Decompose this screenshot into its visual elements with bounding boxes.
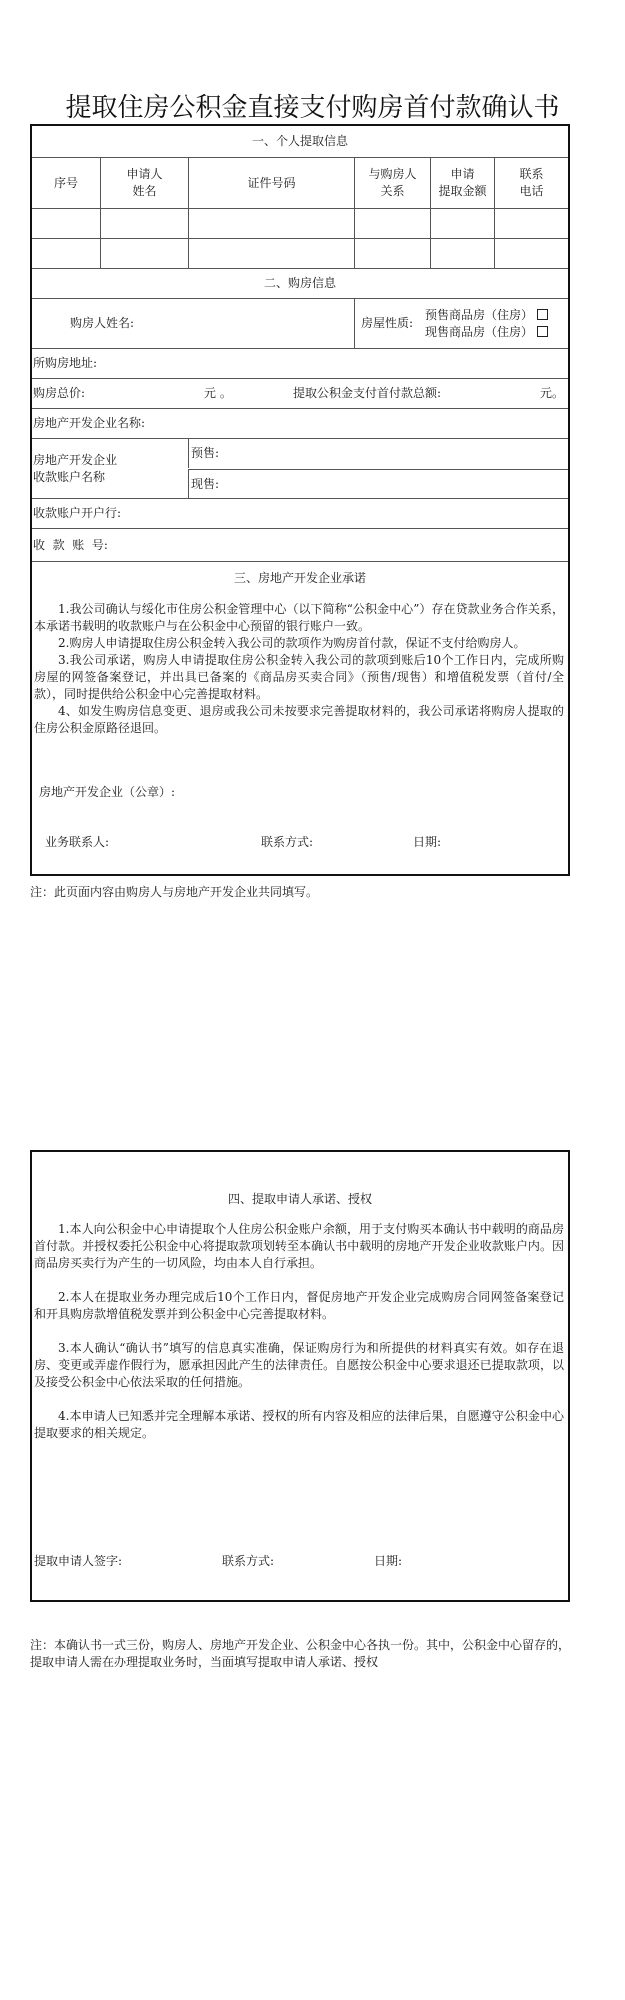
seal-label[interactable]: 房地产开发企业（公章）: [39,783,175,800]
account-no-label[interactable]: 收 款 账 号: [33,529,568,561]
commitment-item: 3.我公司承诺，购房人申请提取住房公积金转入我公司的款项到账后10个工作日内，完… [34,652,564,703]
account-name-label: 房地产开发企业 收款账户名称 [33,439,188,498]
cell-phone[interactable] [494,239,568,268]
section2-heading: 二、购房信息 [32,269,568,298]
buyer-name-label: 购房人姓名: [70,299,354,348]
buyer-row: 购房人姓名: 房屋性质: 预售商品房（住房） 现售商品房（住房） [32,298,568,348]
option-current-sale-label: 现售商品房（住房） [425,325,533,339]
cell-amount[interactable] [430,239,494,268]
account-name-row: 房地产开发企业 收款账户名称 预售: 现售: [32,438,568,498]
col-header-applicant-name: 申请人 姓名 [100,158,188,208]
withdraw-total-label[interactable]: 提取公积金支付首付款总额: [293,379,493,408]
section1-heading: 一、个人提取信息 [32,126,568,157]
cell-relation[interactable] [354,239,430,268]
section3: 三、房地产开发企业承诺 1.我公司确认与绥化市住房公积金管理中心（以下简称“公积… [32,561,568,874]
cell-amount[interactable] [430,209,494,238]
col-header-amount: 申请 提取金额 [430,158,494,208]
withdraw-total-unit: 元。 [540,379,570,408]
section2-heading-row: 二、购房信息 [32,268,568,298]
authorization-item: 2.本人在提取业务办理完成后10个工作日内，督促房地产开发企业完成购房合同网签备… [34,1289,564,1323]
section3-commitments: 1.我公司确认与绥化市住房公积金管理中心（以下简称“公积金中心”）存在贷款业务合… [34,601,564,737]
price-row: 购房总价: 元 。 提取公积金支付首付款总额: 元。 [32,378,568,408]
section1-header-row: 序号 申请人 姓名 证件号码 与购房人 关系 申请 提取金额 联系 电话 [32,157,568,208]
cell-applicant-name[interactable] [100,209,188,238]
contact-method-label[interactable]: 联系方式: [261,833,313,850]
commitment-item: 1.我公司确认与绥化市住房公积金管理中心（以下简称“公积金中心”）存在贷款业务合… [34,601,564,635]
cell-id-number[interactable] [188,239,354,268]
developer-name-row: 房地产开发企业名称: [32,408,568,438]
contact-method-label[interactable]: 联系方式: [222,1552,274,1569]
address-row: 所购房地址: [32,348,568,378]
col-header-id-number: 证件号码 [188,158,354,208]
bank-row: 收款账户开户行: [32,498,568,528]
cell-index[interactable] [32,239,100,268]
total-price-unit: 元 。 [204,379,244,408]
option-current-sale[interactable]: 现售商品房（住房） [425,324,548,341]
commitment-item: 2.购房人申请提取住房公积金转入我公司的款项作为购房首付款，保证不支付给购房人。 [34,635,564,652]
table-row [32,208,568,238]
developer-name-label[interactable]: 房地产开发企业名称: [33,409,568,438]
bank-label[interactable]: 收款账户开户行: [33,499,568,528]
checkbox-icon[interactable] [537,309,548,320]
presale-account[interactable]: 预售: [188,439,568,468]
authorization-item: 3.本人确认“确认书”填写的信息真实准确，保证购房行为和所提供的材料真实有效。如… [34,1340,564,1391]
option-presale-label: 预售商品房（住房） [425,308,533,322]
date-label[interactable]: 日期: [374,1552,402,1569]
option-presale[interactable]: 预售商品房（住房） [425,307,548,324]
note-page1: 注：此页面内容由购房人与房地产开发企业共同填写。 [30,884,575,901]
note-page2: 注：本确认书一式三份，购房人、房地产开发企业、公积金中心各执一份。其中，公积金中… [30,1637,570,1671]
date-label[interactable]: 日期: [413,833,441,850]
cell-id-number[interactable] [188,209,354,238]
house-type-label: 房屋性质: [361,315,419,332]
col-header-index: 序号 [32,158,100,208]
contact-person-label[interactable]: 业务联系人: [45,833,109,850]
cell-phone[interactable] [494,209,568,238]
checkbox-icon[interactable] [537,326,548,337]
col-header-phone: 联系 电话 [494,158,568,208]
current-sale-account[interactable]: 现售: [188,469,568,498]
signature-label[interactable]: 提取申请人签字: [34,1552,122,1569]
cell-index[interactable] [32,209,100,238]
section1-heading-row: 一、个人提取信息 [32,126,568,157]
section3-heading: 三、房地产开发企业承诺 [32,568,568,588]
house-type-field: 房屋性质: 预售商品房（住房） 现售商品房（住房） [354,299,568,348]
form-main: 一、个人提取信息 序号 申请人 姓名 证件号码 与购房人 关系 申请 提取金额 … [30,124,570,876]
cell-applicant-name[interactable] [100,239,188,268]
section4-commitments: 1.本人向公积金中心申请提取个人住房公积金账户余额，用于支付购买本确认书中载明的… [34,1221,564,1442]
address-label[interactable]: 所购房地址: [33,349,568,378]
cell-relation[interactable] [354,209,430,238]
document-title: 提取住房公积金直接支付购房首付款确认书 [0,92,625,124]
authorization-item: 1.本人向公积金中心申请提取个人住房公积金账户余额，用于支付购买本确认书中载明的… [34,1221,564,1272]
col-header-relation: 与购房人 关系 [354,158,430,208]
section4: 四、提取申请人承诺、授权 1.本人向公积金中心申请提取个人住房公积金账户余额，用… [30,1150,570,1602]
total-price-label[interactable]: 购房总价: [33,379,183,408]
commitment-item: 4、如发生购房信息变更、退房或我公司未按要求完善提取材料的，我公司承诺将购房人提… [34,703,564,737]
table-row [32,238,568,268]
section4-heading: 四、提取申请人承诺、授权 [32,1190,568,1207]
authorization-item: 4.本申请人已知悉并完全理解本承诺、授权的所有内容及相应的法律后果，自愿遵守公积… [34,1408,564,1442]
house-type-options: 预售商品房（住房） 现售商品房（住房） [425,307,548,341]
account-no-row: 收 款 账 号: [32,528,568,561]
